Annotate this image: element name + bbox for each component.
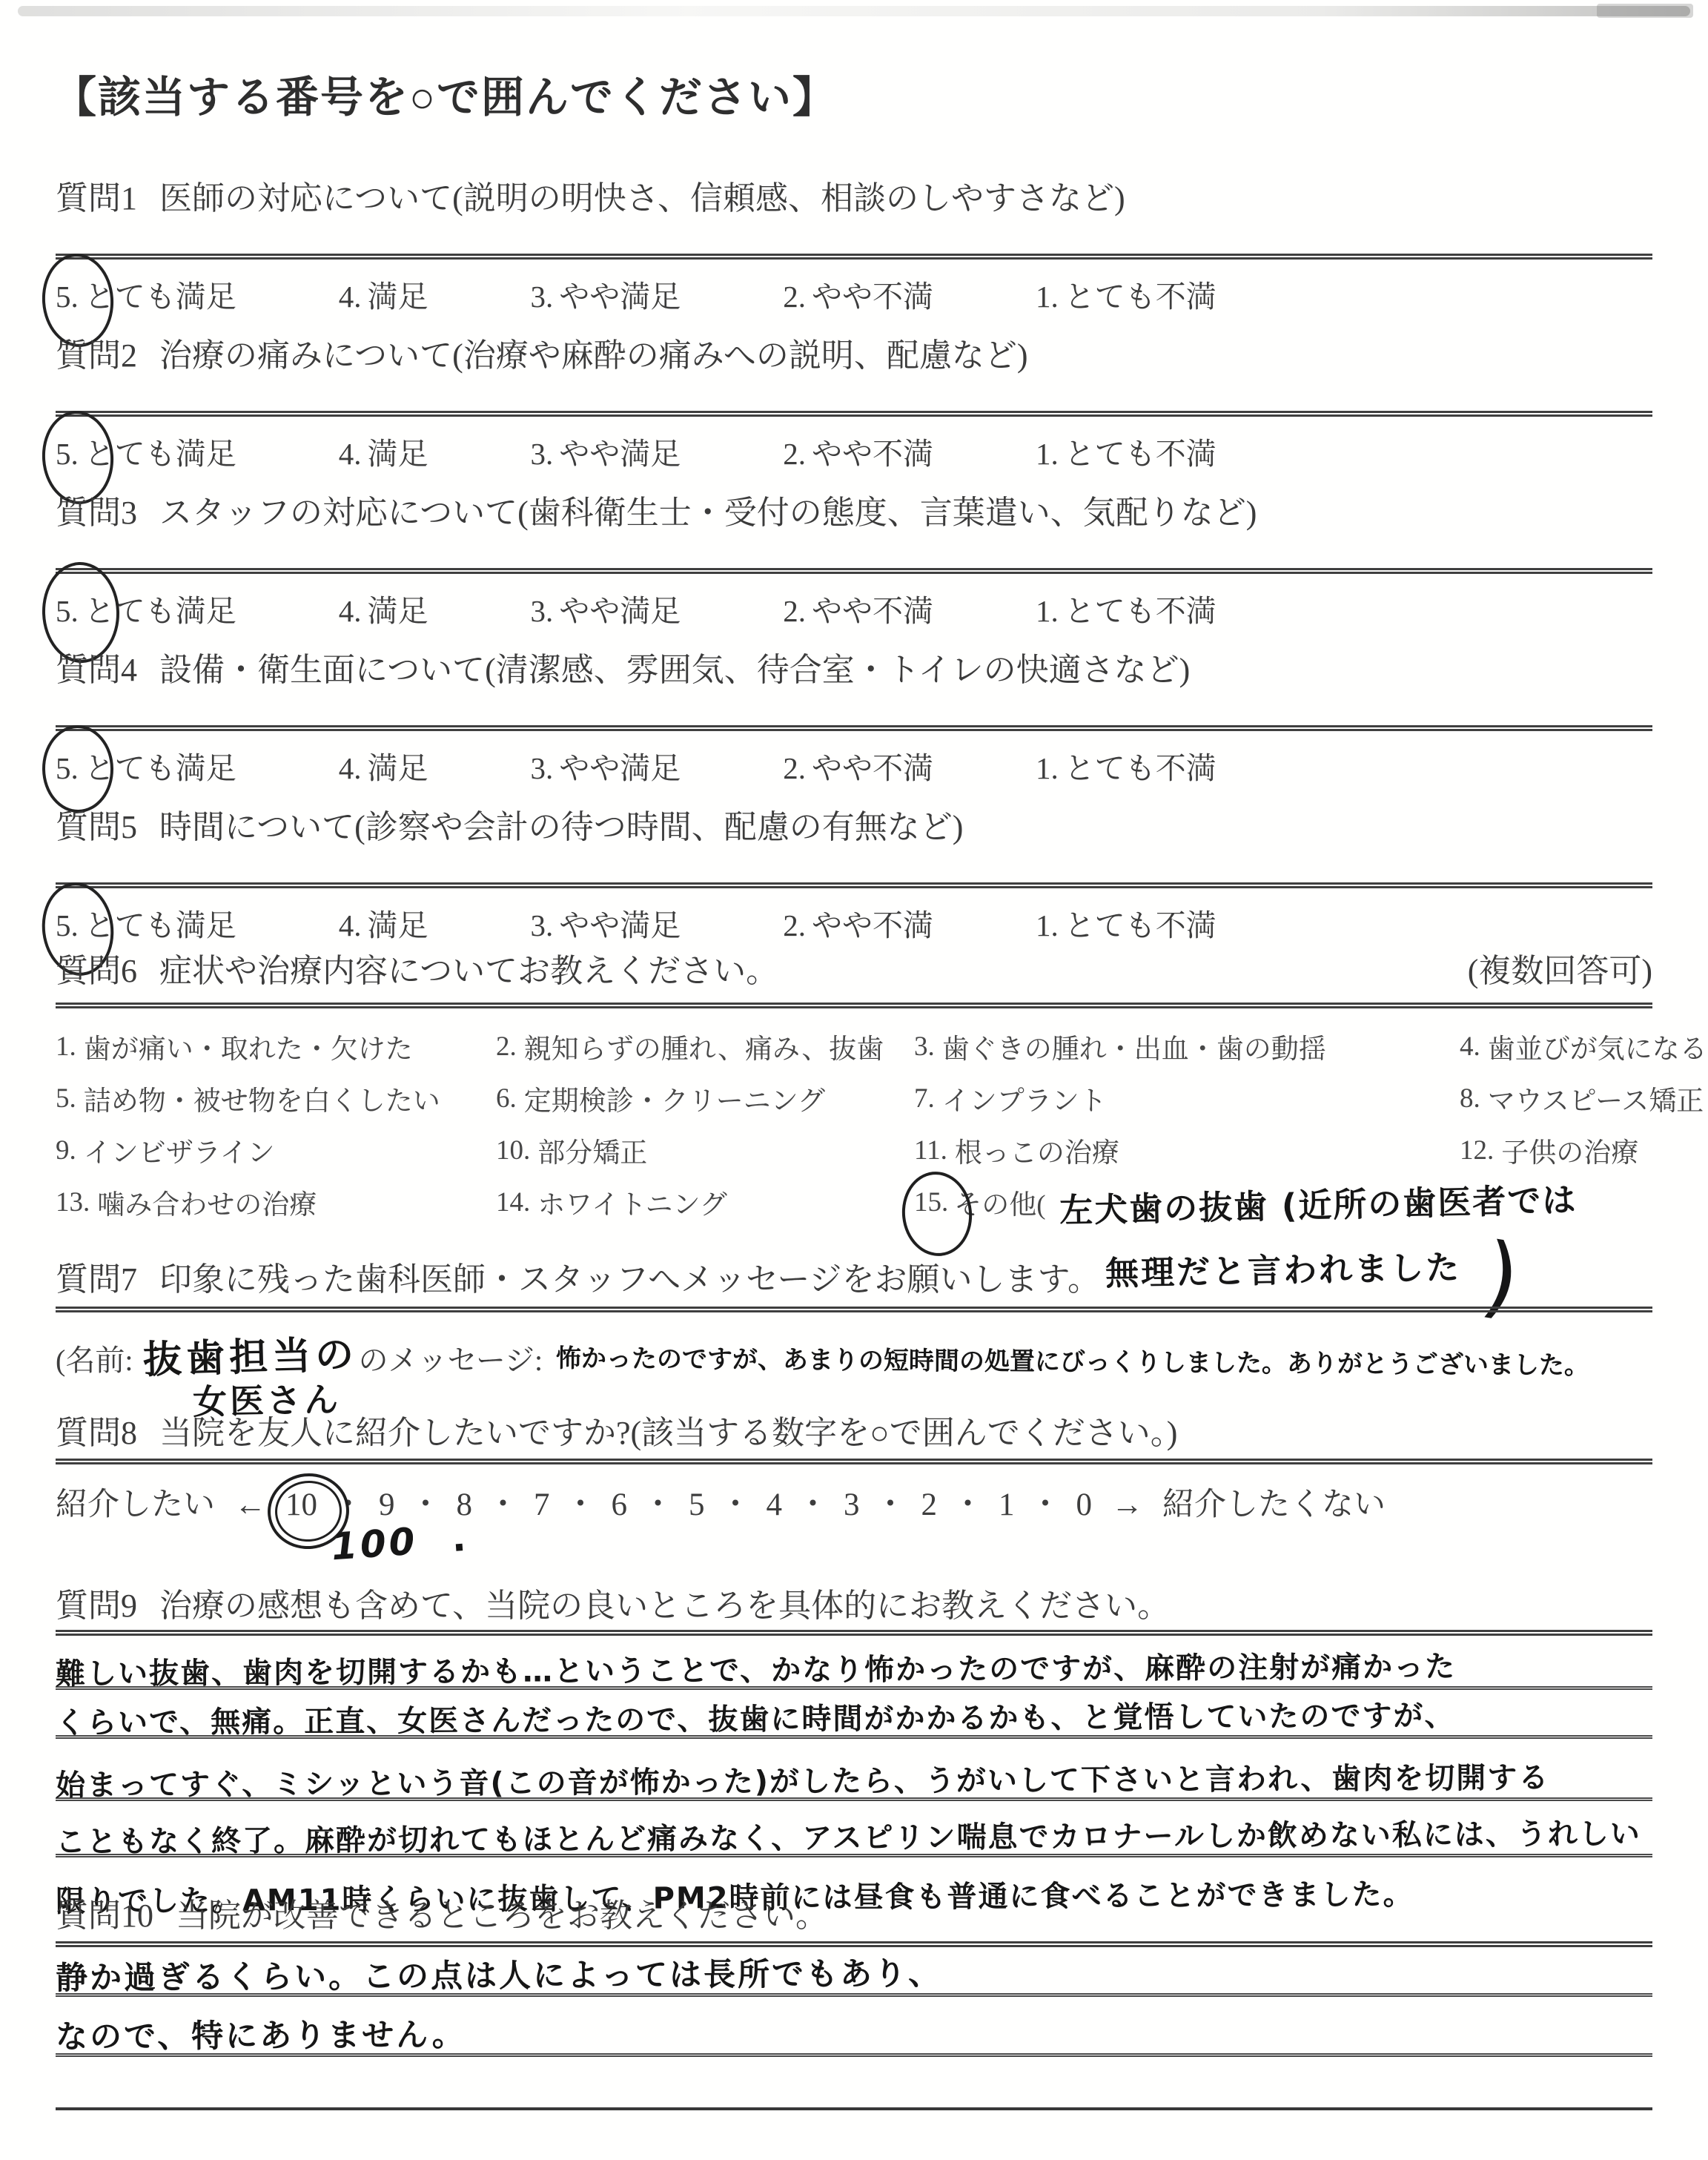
q6-item-number: 2. [496, 1031, 517, 1063]
scale-separator: ・ [797, 1479, 829, 1525]
divider-rule [56, 1630, 1652, 1636]
q9-handwriting: 始まってすぐ、ミシッという音(この音が怖かった)がしたら、うがいして下さいと言わ… [56, 1763, 1550, 1802]
q6-item-number: 14. [496, 1186, 530, 1218]
q6-item-13: 13.噛み合わせの治療 [56, 1176, 496, 1228]
nps-number-9: 9 [379, 1487, 395, 1523]
q10-line-2: なので、特にありません。 [56, 1997, 1652, 2057]
question-3-rating-options: 5.とても満足4.満足3.やや満足2.やや不満1.とても不満 [56, 590, 1652, 632]
scale-right-label: 紹介したくない [1162, 1479, 1386, 1525]
question-5-text: 時間について(診察や会計の待つ時間、配慮の有無など) [159, 807, 963, 848]
question-7-text: 印象に残った歯科医師・スタッフへメッセージをお願いします。 [159, 1259, 1100, 1301]
rating-option-1: 1.とても不満 [1036, 276, 1217, 317]
q10-answer-lines: 静か過ぎるくらい。この点は人によっては長所でもあり、なので、特にありません。 [56, 1947, 1652, 2057]
divider-rule [56, 1459, 1652, 1464]
rating-option-number: 4. [339, 594, 362, 628]
question-9-label: 質問9 [56, 1585, 137, 1627]
rating-option-3: 3.やや満足 [531, 590, 681, 632]
q6-item-number: 9. [56, 1135, 76, 1166]
q10-handwriting: なので、特にありません。 [56, 2018, 466, 2054]
rating-option-number: 1. [1036, 594, 1059, 628]
rating-option-number: 3. [531, 280, 554, 314]
question-4-label: 質問4 [56, 650, 137, 691]
q6-item-number: 10. [496, 1135, 530, 1166]
handwritten-100-text: 100 [330, 1519, 419, 1568]
divider-rule [56, 411, 1652, 417]
message-field-label: のメッセージ: [358, 1337, 543, 1379]
question-1-rating-options: 5.とても満足4.満足3.やや満足2.やや不満1.とても不満 [56, 276, 1652, 317]
rating-option-number: 2. [783, 751, 806, 785]
question-5-label: 質問5 [56, 807, 137, 848]
divider-rule [56, 568, 1652, 574]
q9-handwriting: 難しい抜歯、歯肉を切開するかも…ということで、かなり怖かったのですが、麻酔の注射… [56, 1651, 1456, 1690]
q6-item-14: 14.ホワイトニング [496, 1176, 914, 1228]
scale-separator: ・ [565, 1479, 597, 1525]
rating-option-2: 2.やや不満 [783, 905, 933, 946]
form-title: 【該当する番号を○で囲んでください】 [53, 62, 837, 125]
question-2-text: 治療の痛みについて(治療や麻酔の痛みへの説明、配慮など) [159, 335, 1028, 377]
multiple-answers-note: (複数回答可) [1468, 951, 1652, 992]
rating-option-number: 1. [1036, 908, 1059, 942]
rating-option-1: 1.とても不満 [1036, 747, 1217, 789]
rating-option-5: 5.とても満足 [56, 276, 236, 317]
rating-option-5: 5.とても満足 [56, 433, 236, 475]
handwritten-100-note: 100. [330, 1516, 470, 1569]
scale-separator: ・ [487, 1479, 519, 1525]
rating-option-number: 4. [339, 751, 362, 785]
nps-number-7: 7 [534, 1487, 550, 1523]
question-8-label: 質問8 [56, 1413, 137, 1454]
question-3-text: スタッフの対応について(歯科衛生士・受付の態度、言葉遣い、気配りなど) [159, 492, 1257, 534]
rating-option-5: 5.とても満足 [56, 747, 236, 789]
question-6: 質問6 症状や治療内容についてお教えください。 (複数回答可) 1.歯が痛い・取… [56, 951, 1652, 1228]
q6-item-number: 1. [56, 1031, 76, 1063]
q6-item-number: 6. [496, 1083, 517, 1114]
question-8: 質問8当院を友人に紹介したいですか?(該当する数字を○で囲んでください。) 紹介… [56, 1413, 1652, 1525]
q6-item-11: 11.根っこの治療 [914, 1124, 1460, 1176]
scanned-survey-form: 【該当する番号を○で囲んでください】 質問1医師の対応について(説明の明快さ、信… [0, 0, 1708, 2160]
question-4-rating-options: 5.とても満足4.満足3.やや満足2.やや不満1.とても不満 [56, 747, 1652, 789]
q10-line-1: 静か過ぎるくらい。この点は人によっては長所でもあり、 [56, 1947, 1652, 1997]
q6-item-4: 4.歯並びが気になる [1460, 1020, 1707, 1072]
rating-option-4: 4.満足 [339, 276, 428, 317]
rating-option-number: 2. [783, 908, 806, 942]
rating-option-3: 3.やや満足 [531, 433, 681, 475]
rating-option-number: 2. [783, 437, 806, 471]
rating-option-number: 1. [1036, 280, 1059, 314]
q6-item-number: 4. [1460, 1031, 1480, 1063]
rating-option-number: 2. [783, 280, 806, 314]
q6-item-6: 6.定期検診・クリーニング [496, 1072, 914, 1124]
question-2-label: 質問2 [56, 335, 137, 377]
empty-writing-line [56, 2110, 1652, 2160]
question-1: 質問1医師の対応について(説明の明快さ、信頼感、相談のしやすさなど) 5.とても… [56, 178, 1652, 317]
rating-option-number: 4. [339, 908, 362, 942]
rating-option-number: 3. [531, 751, 554, 785]
rating-option-4: 4.満足 [339, 590, 428, 632]
scale-numbers: 10・9・8・7・6・5・4・3・2・1・0 [285, 1479, 1092, 1525]
scale-separator: ・ [952, 1479, 984, 1525]
question-3-label: 質問3 [56, 492, 137, 534]
q6-item-number: 3. [914, 1031, 935, 1063]
rating-option-2: 2.やや不満 [783, 590, 933, 632]
rating-option-1: 1.とても不満 [1036, 590, 1217, 632]
rating-option-number: 3. [531, 594, 554, 628]
scale-left-label: 紹介したい [56, 1479, 215, 1525]
symptom-options-grid: 1.歯が痛い・取れた・欠けた2.親知らずの腫れ、痛み、抜歯3.歯ぐきの腫れ・出血… [56, 1020, 1652, 1228]
q6-item-number: 11. [914, 1135, 947, 1166]
rating-option-number: 1. [1036, 437, 1059, 471]
divider-rule [56, 254, 1652, 260]
question-10-label: 質問10 [56, 1895, 153, 1937]
q6-item-10: 10.部分矯正 [496, 1124, 914, 1176]
q6-item-15-other: 15.その他(左犬歯の抜歯 (近所の歯医者では無理だと言われました) [914, 1176, 1707, 1228]
rating-option-number: 2. [783, 594, 806, 628]
nps-number-1: 1 [999, 1487, 1015, 1523]
question-1-label: 質問1 [56, 178, 137, 219]
q9-handwriting: くらいで、無痛。正直、女医さんだったので、抜歯に時間がかかるかも、と覚悟していた… [56, 1700, 1456, 1739]
question-7: 質問7印象に残った歯科医師・スタッフへメッセージをお願いします。 (名前: 抜歯… [56, 1259, 1652, 1381]
rating-option-4: 4.満足 [339, 905, 428, 946]
question-2-rating-options: 5.とても満足4.満足3.やや満足2.やや不満1.とても不満 [56, 433, 1652, 475]
scale-separator: ・ [1030, 1479, 1062, 1525]
rating-option-1: 1.とても不満 [1036, 905, 1217, 946]
name-field-prefix: (名前: [56, 1337, 133, 1379]
q6-item-3: 3.歯ぐきの腫れ・出血・歯の動揺 [914, 1020, 1460, 1072]
question-8-text: 当院を友人に紹介したいですか?(該当する数字を○で囲んでください。) [159, 1413, 1177, 1454]
question-4-text: 設備・衛生面について(清潔感、雰囲気、待合室・トイレの快適さなど) [159, 650, 1190, 691]
divider-rule [56, 882, 1652, 888]
scale-separator: ・ [642, 1479, 674, 1525]
scale-separator: ・ [875, 1479, 907, 1525]
q6-item-15-number: 15. [914, 1186, 948, 1218]
question-1-text: 医師の対応について(説明の明快さ、信頼感、相談のしやすさなど) [159, 178, 1125, 219]
q6-item-5: 5.詰め物・被せ物を白くしたい [56, 1072, 496, 1124]
question-5: 質問5時間について(診察や会計の待つ時間、配慮の有無など) 5.とても満足4.満… [56, 807, 1652, 946]
q6-item-number: 5. [56, 1083, 76, 1114]
rating-option-2: 2.やや不満 [783, 747, 933, 789]
rating-option-number: 4. [339, 280, 362, 314]
handwritten-message: 怖かったのですが、あまりの短時間の処置にびっくりしました。ありがとうございました… [556, 1338, 1589, 1381]
circled-score: 10 [285, 1487, 317, 1523]
question-9: 質問9治療の感想も含めて、当院の良いところを具体的にお教えください。 難しい抜歯… [56, 1585, 1652, 1914]
rating-option-2: 2.やや不満 [783, 433, 933, 475]
handwritten-circle [41, 561, 122, 664]
q9-line-4: こともなく終了。麻酔が切れてもほとんど痛みなく、アスピリン喘息でカロナールしか飲… [56, 1801, 1652, 1857]
rating-option-5: 5.とても満足 [56, 905, 236, 946]
rating-option-1: 1.とても不満 [1036, 433, 1217, 475]
divider-rule [56, 1307, 1652, 1312]
q6-item-7: 7.インプラント [914, 1072, 1460, 1124]
q6-item-number: 13. [56, 1186, 90, 1218]
q9-handwriting: こともなく終了。麻酔が切れてもほとんど痛みなく、アスピリン喘息でカロナールしか飲… [56, 1818, 1641, 1857]
rating-option-3: 3.やや満足 [531, 747, 681, 789]
question-2: 質問2治療の痛みについて(治療や麻酔の痛みへの説明、配慮など) 5.とても満足4… [56, 335, 1652, 475]
handwritten-circle [42, 724, 114, 813]
scan-artifact-top [18, 6, 1690, 16]
question-6-label: 質問6 [56, 951, 137, 992]
q6-item-1: 1.歯が痛い・取れた・欠けた [56, 1020, 496, 1072]
recommendation-scale: 紹介したい ← 10・9・8・7・6・5・4・3・2・1・0 → 紹介したくない [56, 1479, 1652, 1525]
q9-line-3: 始まってすぐ、ミシッという音(この音が怖かった)がしたら、うがいして下さいと言わ… [56, 1739, 1652, 1801]
q9-answer-lines: 難しい抜歯、歯肉を切開するかも…ということで、かなり怖かったのですが、麻酔の注射… [56, 1639, 1652, 1914]
rating-option-4: 4.満足 [339, 433, 428, 475]
rating-option-number: 4. [339, 437, 362, 471]
question-10-text: 当院が改善できるところをお教えください。 [176, 1895, 828, 1937]
scale-separator: ・ [720, 1479, 752, 1525]
rating-option-number: 1. [1036, 751, 1059, 785]
divider-rule [56, 1003, 1652, 1008]
q6-item-8: 8.マウスピース矯正 [1460, 1072, 1707, 1124]
question-4: 質問4設備・衛生面について(清潔感、雰囲気、待合室・トイレの快適さなど) 5.と… [56, 650, 1652, 789]
nps-number-3: 3 [844, 1487, 860, 1523]
divider-rule [56, 725, 1652, 731]
q9-line-2: くらいで、無痛。正直、女医さんだったので、抜歯に時間がかかるかも、と覚悟していた… [56, 1690, 1652, 1739]
divider-rule [56, 1941, 1652, 1947]
right-arrow: → [1111, 1487, 1143, 1523]
rating-option-number: 3. [531, 437, 554, 471]
q6-item-9: 9.インビザライン [56, 1124, 496, 1176]
rating-option-2: 2.やや不満 [783, 276, 933, 317]
q9-line-1: 難しい抜歯、歯肉を切開するかも…ということで、かなり怖かったのですが、麻酔の注射… [56, 1639, 1652, 1690]
rating-option-3: 3.やや満足 [531, 905, 681, 946]
q6-item-2: 2.親知らずの腫れ、痛み、抜歯 [496, 1020, 914, 1072]
rating-option-3: 3.やや満足 [531, 276, 681, 317]
question-6-text: 症状や治療内容についてお教えください。 [159, 951, 778, 992]
q6-item-12: 12.子供の治療 [1460, 1124, 1707, 1176]
handwritten-other-line1: 左犬歯の抜歯 (近所の歯医者では [1059, 1172, 1577, 1232]
nps-number-5: 5 [689, 1487, 705, 1523]
nps-number-0: 0 [1076, 1487, 1093, 1523]
q6-item-number: 12. [1460, 1135, 1494, 1166]
left-arrow: ← [234, 1487, 266, 1523]
rating-option-4: 4.満足 [339, 747, 428, 789]
nps-number-2: 2 [921, 1487, 938, 1523]
question-3: 質問3スタッフの対応について(歯科衛生士・受付の態度、言葉遣い、気配りなど) 5… [56, 492, 1652, 632]
rating-option-number: 3. [531, 908, 554, 942]
question-10: 質問10当院が改善できるところをお教えください。 静か過ぎるくらい。この点は人に… [56, 1895, 1652, 2160]
question-7-label: 質問7 [56, 1259, 137, 1301]
q6-item-number: 8. [1460, 1083, 1480, 1114]
handwritten-dot: . [450, 1516, 470, 1560]
nps-number-6: 6 [612, 1487, 628, 1523]
question-9-text: 治療の感想も含めて、当院の良いところを具体的にお教えください。 [159, 1585, 1170, 1627]
q6-item-number: 7. [914, 1083, 935, 1114]
empty-writing-line [56, 2057, 1652, 2110]
rating-option-5: 5.とても満足 [56, 590, 236, 632]
nps-number-4: 4 [767, 1487, 783, 1523]
q10-handwriting: 静か過ぎるくらい。この点は人によっては長所でもあり、 [56, 1958, 942, 1995]
question-5-rating-options: 5.とても満足4.満足3.やや満足2.やや不満1.とても不満 [56, 905, 1652, 946]
